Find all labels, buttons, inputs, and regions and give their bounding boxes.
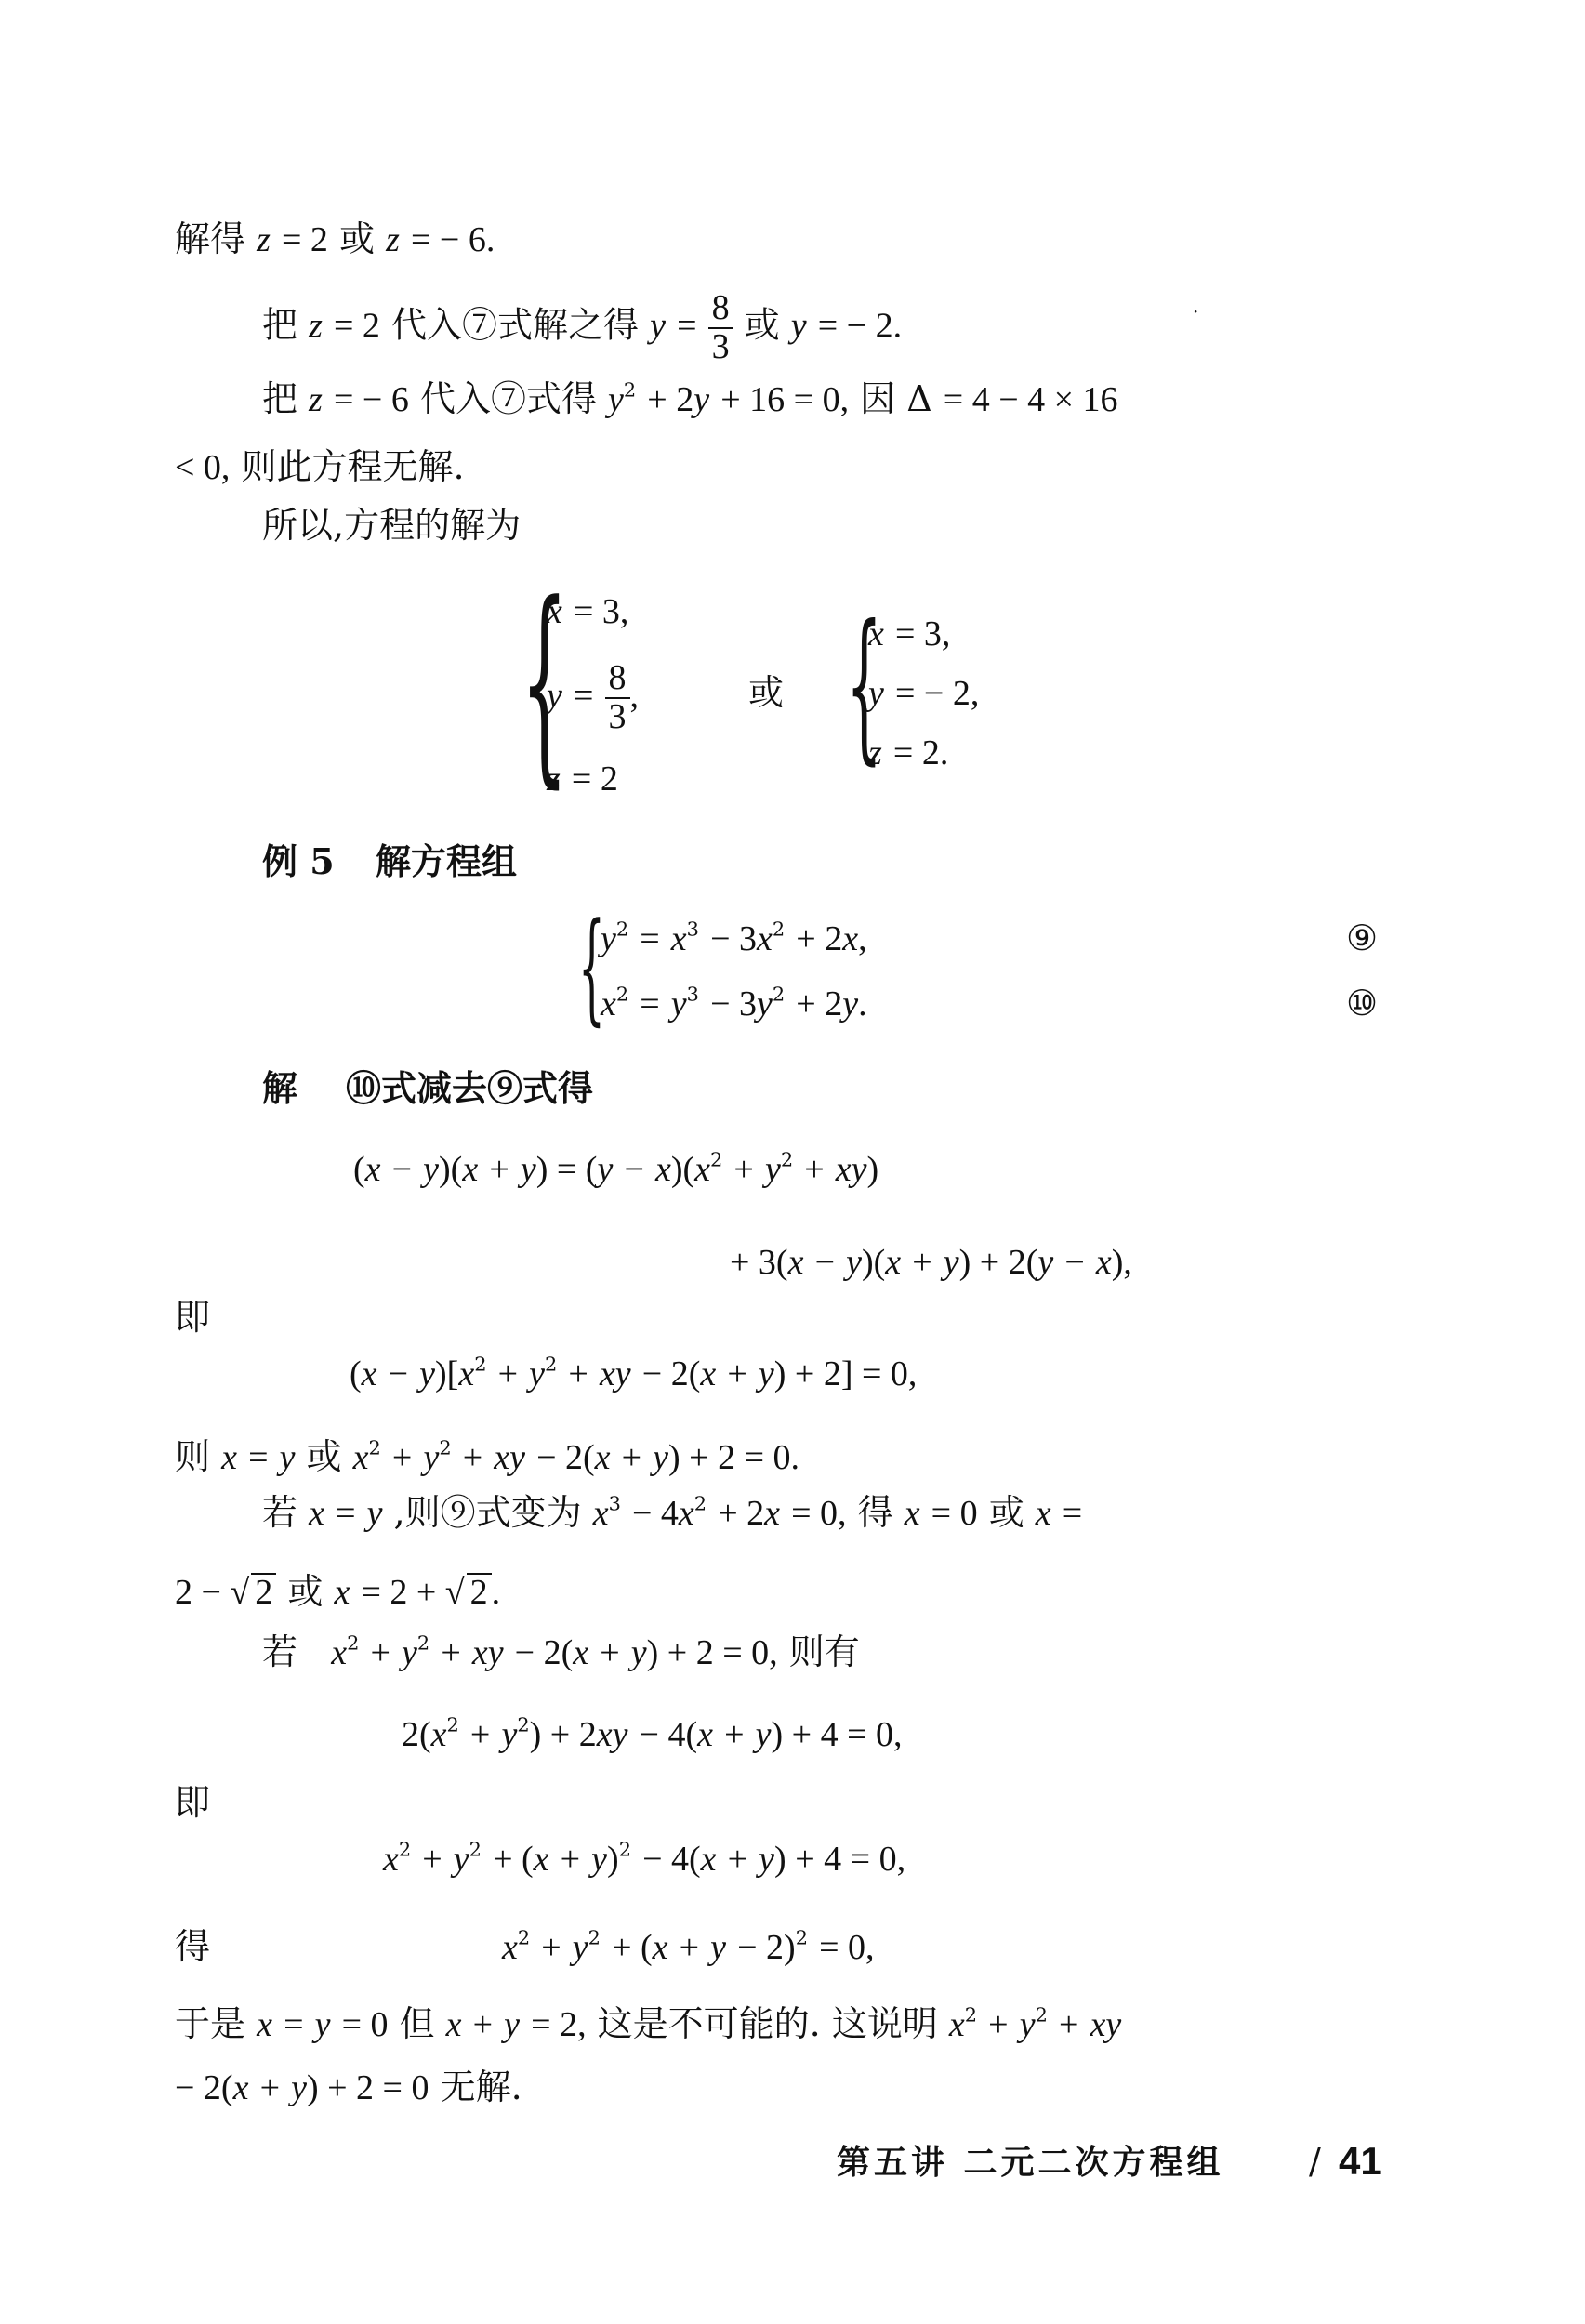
solution-1-row-x: x = 3, xyxy=(547,593,628,629)
equation-subtract-a: (x − y)(x + y) = (y − x)(x2 + y2 + xy) xyxy=(353,1151,878,1187)
solution-2-row-x: x = 3, xyxy=(868,615,950,652)
text-line-4: < 0, 则此方程无解. xyxy=(175,449,465,485)
example-title: 解方程组 xyxy=(376,844,517,879)
ji-label-1: 即 xyxy=(175,1300,210,1335)
conclusion-a: 于是 x = y = 0 但 x + y = 2, 这是不可能的. 这说明 x2… xyxy=(175,2006,1121,2042)
text-line-5: 所以,方程的解为 xyxy=(262,508,521,543)
footer-chapter: 第五讲 二元二次方程组 xyxy=(837,2146,1224,2179)
equation-subtract-b: + 3(x − y)(x + y) + 2(y − x), xyxy=(730,1244,1132,1280)
equation-doubled: 2(x2 + y2) + 2xy − 4(x + y) + 4 = 0, xyxy=(402,1716,903,1752)
de-label: 得 xyxy=(175,1929,210,1964)
text-case-1a: 若 x = y ,则⑨式变为 x3 − 4x2 + 2x = 0, 得 x = … xyxy=(262,1495,1082,1531)
text-then: 则 x = y 或 x2 + y2 + xy − 2(x + y) + 2 = … xyxy=(175,1439,799,1475)
stray-dot: · xyxy=(1193,302,1198,321)
fraction-8-3: 83 xyxy=(708,290,733,366)
text-line-3: 把 z = − 6 代入⑦式得 y2 + 2y + 16 = 0, 因 Δ = … xyxy=(262,381,1118,417)
equation-10-tag: ⑩ xyxy=(1346,985,1378,1021)
text-case-2: 若 x2 + y2 + xy − 2(x + y) + 2 = 0, 则有 xyxy=(262,1634,860,1670)
solution-intro: ⑩式减去⑨式得 xyxy=(346,1071,593,1106)
solution-2-row-y: y = − 2, xyxy=(868,675,979,711)
conclusion-b: − 2(x + y) + 2 = 0 无解. xyxy=(175,2069,522,2106)
solution-2-row-z: z = 2. xyxy=(868,734,948,771)
text-case-1b: 2 − √2 或 x = 2 + √2. xyxy=(175,1573,500,1610)
text-line-1: 解得 z = 2 或 z = − 6. xyxy=(175,221,495,257)
equation-factored: (x − y)[x2 + y2 + xy − 2(x + y) + 2] = 0… xyxy=(350,1355,917,1392)
solution-1-row-y: y = 83, xyxy=(547,660,639,736)
solution-1-row-z: z = 2 xyxy=(547,760,618,797)
equation-10: x2 = y3 − 3y2 + 2y. xyxy=(601,985,867,1022)
example-label: 例 5 xyxy=(262,844,335,879)
equation-regrouped: x2 + y2 + (x + y)2 − 4(x + y) + 4 = 0, xyxy=(383,1841,905,1877)
footer-separator: / xyxy=(1309,2144,1321,2179)
equation-squares: x2 + y2 + (x + y − 2)2 = 0, xyxy=(502,1929,875,1965)
equation-9-tag: ⑨ xyxy=(1346,920,1378,956)
equation-9: y2 = x3 − 3x2 + 2x, xyxy=(601,920,867,957)
or-label: 或 xyxy=(748,675,784,710)
text-line-2: 把 z = 2 代入⑦式解之得 y = 83 或 y = − 2. xyxy=(262,290,902,366)
solution-label: 解 xyxy=(262,1071,297,1106)
footer-page-number: 41 xyxy=(1339,2142,1382,2181)
ji-label-2: 即 xyxy=(175,1785,210,1820)
